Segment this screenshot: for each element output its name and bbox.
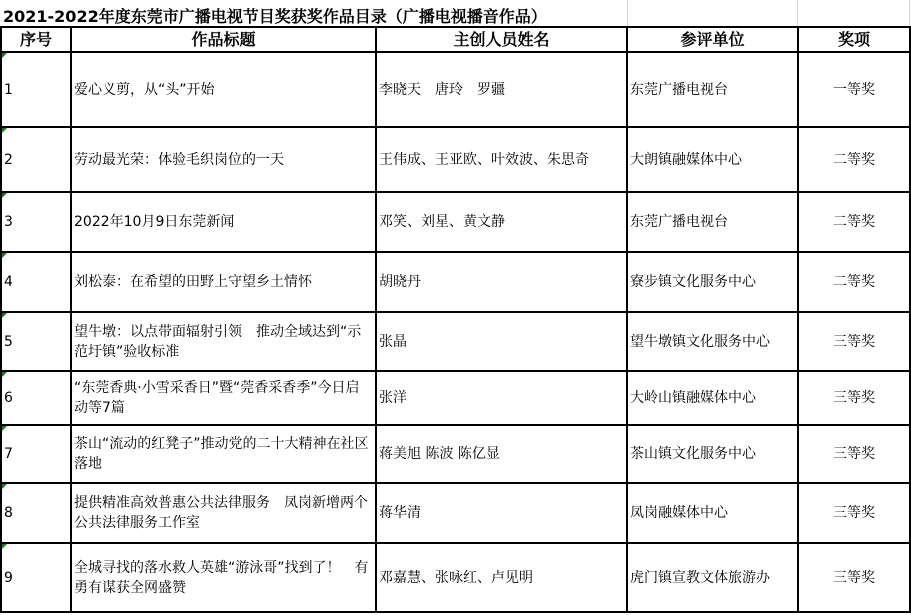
table-row: 3 2022年10月9日东莞新闻 邓笑、刘星、黄文静 东莞广播电视台 二等奖: [1, 192, 910, 252]
cell-no[interactable]: 3: [1, 192, 71, 252]
cell-creators[interactable]: 蒋美旭 陈波 陈亿显: [376, 425, 627, 483]
table-row: 7 茶山“流动的红凳子”推动党的二十大精神在社区落地 蒋美旭 陈波 陈亿显 茶山…: [1, 425, 910, 483]
table-row: 4 刘松泰：在希望的田野上守望乡土情怀 胡晓丹 寮步镇文化服务中心 二等奖: [1, 252, 910, 312]
cell-award[interactable]: 三等奖: [798, 483, 910, 543]
header-title[interactable]: 作品标题: [71, 27, 376, 52]
cell-award[interactable]: 三等奖: [798, 543, 910, 612]
cell-title[interactable]: “东莞香典·小雪采香日”暨“莞香采香季”今日启动等7篇: [71, 371, 376, 425]
cell-title[interactable]: 爱心义剪，从“头”开始: [71, 52, 376, 127]
cell-unit[interactable]: 大朗镇融媒体中心: [627, 127, 798, 192]
cell-title[interactable]: 全城寻找的落水救人英雄“游泳哥”找到了！ 有勇有谋获全网盛赞: [71, 543, 376, 612]
cell-unit[interactable]: 望牛墩镇文化服务中心: [627, 312, 798, 371]
cell-unit[interactable]: 寮步镇文化服务中心: [627, 252, 798, 312]
cell-unit[interactable]: 茶山镇文化服务中心: [627, 425, 798, 483]
table-row: 5 望牛墩：以点带面辐射引领 推动全域达到“示范圩镇”验收标准 张晶 望牛墩镇文…: [1, 312, 910, 371]
cell-title[interactable]: 茶山“流动的红凳子”推动党的二十大精神在社区落地: [71, 425, 376, 483]
cell-creators[interactable]: 蒋华清: [376, 483, 627, 543]
cell-title[interactable]: 劳动最光荣：体验毛织岗位的一天: [71, 127, 376, 192]
cell-creators[interactable]: 胡晓丹: [376, 252, 627, 312]
cell-no[interactable]: 2: [1, 127, 71, 192]
cell-creators[interactable]: 张洋: [376, 371, 627, 425]
cell-award[interactable]: 二等奖: [798, 252, 910, 312]
table-row: 9 全城寻找的落水救人英雄“游泳哥”找到了！ 有勇有谋获全网盛赞 邓嘉慧、张咏红…: [1, 543, 910, 612]
table-row: 8 提供精准高效普惠公共法律服务 凤岗新增两个公共法律服务工作室 蒋华清 凤岗融…: [1, 483, 910, 543]
cell-no[interactable]: 6: [1, 371, 71, 425]
cell-unit[interactable]: 凤岗融媒体中心: [627, 483, 798, 543]
cell-unit[interactable]: 东莞广播电视台: [627, 52, 798, 127]
header-row: 序号 作品标题 主创人员姓名 参评单位 奖项: [1, 27, 910, 52]
cell-title[interactable]: 刘松泰：在希望的田野上守望乡土情怀: [71, 252, 376, 312]
cell-unit[interactable]: 东莞广播电视台: [627, 192, 798, 252]
gridline: [627, 0, 628, 27]
awards-table: 序号 作品标题 主创人员姓名 参评单位 奖项 1 爱心义剪，从“头”开始 李晓天…: [0, 26, 911, 613]
cell-creators[interactable]: 邓笑、刘星、黄文静: [376, 192, 627, 252]
cell-no[interactable]: 8: [1, 483, 71, 543]
header-creators[interactable]: 主创人员姓名: [376, 27, 627, 52]
cell-title[interactable]: 提供精准高效普惠公共法律服务 凤岗新增两个公共法律服务工作室: [71, 483, 376, 543]
cell-award[interactable]: 一等奖: [798, 52, 910, 127]
table-row: 6 “东莞香典·小雪采香日”暨“莞香采香季”今日启动等7篇 张洋 大岭山镇融媒体…: [1, 371, 910, 425]
cell-award[interactable]: 二等奖: [798, 192, 910, 252]
cell-no[interactable]: 4: [1, 252, 71, 312]
cell-no[interactable]: 9: [1, 543, 71, 612]
sheet-title[interactable]: 2021-2022年度东莞市广播电视节目奖获奖作品目录（广播电视播音作品）: [3, 4, 547, 27]
cell-no[interactable]: 1: [1, 52, 71, 127]
cell-no[interactable]: 5: [1, 312, 71, 371]
header-no[interactable]: 序号: [1, 27, 71, 52]
title-row: 2021-2022年度东莞市广播电视节目奖获奖作品目录（广播电视播音作品）: [0, 0, 911, 28]
table-row: 1 爱心义剪，从“头”开始 李晓天 唐玲 罗疆 东莞广播电视台 一等奖: [1, 52, 910, 127]
cell-unit[interactable]: 虎门镇宣教文体旅游办: [627, 543, 798, 612]
header-award[interactable]: 奖项: [798, 27, 910, 52]
cell-award[interactable]: 二等奖: [798, 127, 910, 192]
cell-award[interactable]: 三等奖: [798, 425, 910, 483]
cell-no[interactable]: 7: [1, 425, 71, 483]
cell-title[interactable]: 望牛墩：以点带面辐射引领 推动全域达到“示范圩镇”验收标准: [71, 312, 376, 371]
cell-creators[interactable]: 李晓天 唐玲 罗疆: [376, 52, 627, 127]
cell-award[interactable]: 三等奖: [798, 312, 910, 371]
gridline: [909, 0, 910, 27]
cell-creators[interactable]: 邓嘉慧、张咏红、卢见明: [376, 543, 627, 612]
cell-creators[interactable]: 张晶: [376, 312, 627, 371]
cell-award[interactable]: 三等奖: [798, 371, 910, 425]
cell-unit[interactable]: 大岭山镇融媒体中心: [627, 371, 798, 425]
gridline: [797, 0, 798, 27]
cell-creators[interactable]: 王伟成、王亚欧、叶效波、朱思奇: [376, 127, 627, 192]
table-row: 2 劳动最光荣：体验毛织岗位的一天 王伟成、王亚欧、叶效波、朱思奇 大朗镇融媒体…: [1, 127, 910, 192]
header-unit[interactable]: 参评单位: [627, 27, 798, 52]
cell-title[interactable]: 2022年10月9日东莞新闻: [71, 192, 376, 252]
